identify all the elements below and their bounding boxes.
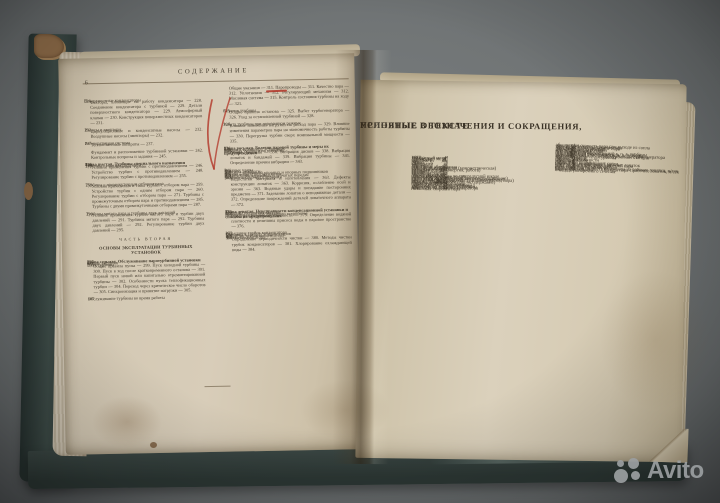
abbr-entry: cн—начальная скорость пара — [411, 186, 563, 187]
cover-worn-spot — [24, 182, 33, 200]
right-page: УСЛОВНЫЕ ОБОЗНАЧЕНИЯ И СОКРАЩЕНИЯ, ПРИНЯ… — [355, 80, 686, 463]
toc-entry: Общие указания — 311. Паропроводы — 311.… — [223, 83, 349, 106]
toc-entry: Водяные удары346 — [224, 165, 350, 167]
toc-entry: Глава восьмая. Болезни паровой турбины и… — [224, 143, 350, 145]
avito-watermark-text: Avito — [647, 458, 704, 484]
toc-entry: Фундамент и расположение турбинной устан… — [85, 147, 203, 159]
abbreviations-title: УСЛОВНЫЕ ОБОЗНАЧЕНИЯ И СОКРАЩЕНИЯ, ПРИНЯ… — [360, 119, 686, 121]
toc-entry: ЧАСТЬ ВТОРАЯ — [87, 236, 205, 243]
toc-entry: ОСНОВЫ ЭКСПЛУАТАЦИИ ТУРБИННЫХ УСТАНОВОК — [87, 243, 205, 255]
toc-column-1: Поверхностные конденсаторы226Факторы, вл… — [84, 96, 206, 298]
abbr-column-2: c1—абсолютная скорость пара при выходе и… — [555, 142, 686, 173]
avito-logo-icon — [614, 458, 641, 484]
toc-entry: Глава шестая. Турбины специального назна… — [85, 160, 203, 162]
abbreviations-title-line2: ПРИНЯТЫЕ В ТЕКСТЕ — [360, 119, 469, 133]
toc-entry: Глава девятая. Неисправности конденсацио… — [225, 207, 351, 209]
section-separator-rule — [205, 386, 231, 387]
toc-entry: Глава седьмая. Обслуживание паротурбинно… — [87, 257, 205, 259]
running-title: СОДЕРЖАНИЕ — [58, 65, 354, 78]
toc-column-2: Общие указания — 311. Паропроводы — 311.… — [223, 83, 352, 254]
avito-watermark: Avito — [614, 458, 704, 484]
book-photo: 6 СОДЕРЖАНИЕ Поверхностные конденсаторы2… — [0, 0, 720, 503]
abbr-column-1: м—метрм²—квадратный метрм³—кубический ме… — [411, 154, 563, 188]
red-pencil-checkmark — [203, 95, 237, 175]
toc-entry: Обслуживание турбины во время работы307 — [88, 294, 206, 296]
